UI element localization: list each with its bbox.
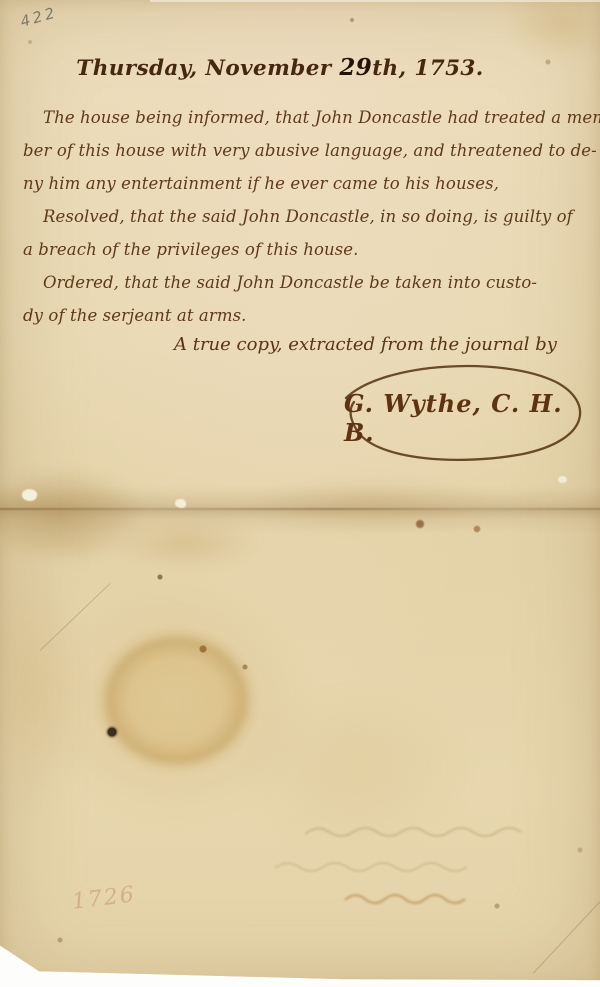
crease-line-left bbox=[40, 583, 111, 651]
paper-chip bbox=[21, 487, 39, 502]
text-line: The house being informed, that John Donc… bbox=[23, 101, 586, 134]
paper-chip bbox=[558, 476, 567, 483]
paper-chip bbox=[175, 499, 186, 508]
stain-below-fold bbox=[110, 515, 260, 570]
signature-text: G. Wythe, C. H. B. bbox=[344, 389, 600, 447]
dateline-day: 29 bbox=[339, 54, 372, 81]
ghost-writing-bleedthrough bbox=[230, 812, 580, 922]
stain-water-large bbox=[84, 618, 269, 783]
text-line: Resolved, that the said John Doncastle, … bbox=[23, 200, 586, 233]
text-line: a breach of the privileges of this house… bbox=[23, 233, 586, 266]
text-line: ber of this house with very abusive lang… bbox=[23, 134, 586, 167]
paragraph-ordered: Ordered, that the said John Doncastle be… bbox=[23, 266, 586, 332]
stain-fold-middle bbox=[250, 478, 490, 533]
text-line: dy of the serjeant at arms. bbox=[23, 299, 586, 332]
paragraph-house-informed: The house being informed, that John Donc… bbox=[23, 101, 586, 200]
paragraph-resolved: Resolved, that the said John Doncastle, … bbox=[23, 200, 586, 266]
stain-top-right bbox=[505, 0, 600, 60]
document-scan: 422 Thursday, November 29th, 1753. The h… bbox=[0, 0, 600, 987]
dateline-suffix: th, 1753. bbox=[372, 56, 483, 81]
stain-fold-left bbox=[0, 468, 145, 563]
stain-left-edge bbox=[0, 560, 80, 820]
manuscript-paper: 422 Thursday, November 29th, 1753. The h… bbox=[0, 0, 600, 987]
fold-crease-line bbox=[0, 508, 600, 510]
text-line: ny him any entertainment if he ever came… bbox=[23, 167, 586, 200]
attestation-line: A true copy, extracted from the journal … bbox=[174, 334, 557, 355]
fold-crease-shading bbox=[0, 486, 600, 534]
paper-top-edge-highlight bbox=[150, 0, 600, 2]
stain-water-halo bbox=[40, 585, 310, 825]
text-line: Ordered, that the said John Doncastle be… bbox=[23, 266, 586, 299]
archival-number-pencil: 422 bbox=[18, 3, 59, 31]
dateline-prefix: Thursday, November bbox=[76, 56, 339, 81]
faint-pencil-year: 1726 bbox=[71, 882, 138, 915]
manuscript-body: The house being informed, that John Donc… bbox=[23, 101, 586, 332]
dateline: Thursday, November 29th, 1753. bbox=[0, 54, 560, 81]
